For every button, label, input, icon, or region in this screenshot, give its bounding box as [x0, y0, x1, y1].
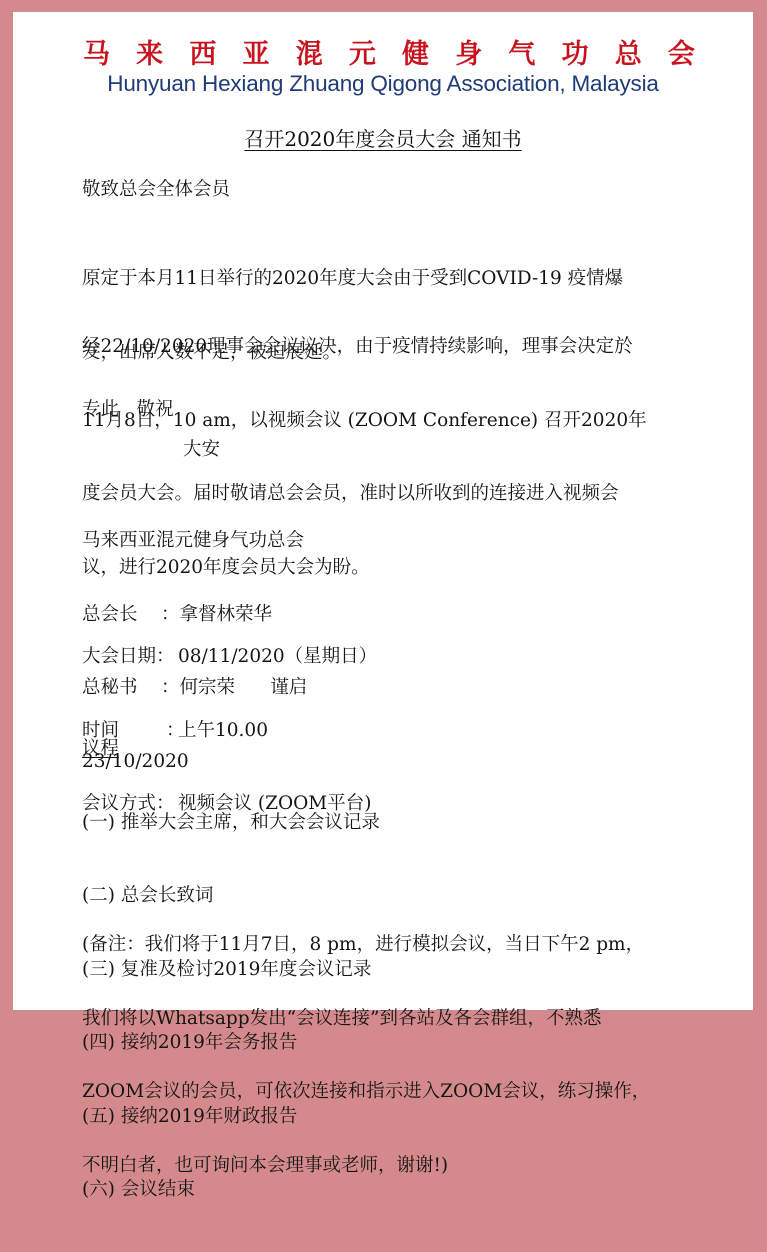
remark-line: 我们将以Whatsapp发出“会议连接”到各站及各会群组，不熟悉 [82, 1007, 702, 1025]
notice-page: 马 来 西 亚 混 元 健 身 气 功 总 会 Hunyuan Hexiang … [13, 12, 753, 1010]
notice-title-text: 召开2020年度会员大会 通知书 [244, 127, 521, 151]
org-char: 会 [668, 40, 695, 70]
closing-line: 专此 敬祝 [82, 398, 702, 423]
org-char: 来 [136, 40, 163, 70]
remark-line: (备注：我们将于11月7日，8 pm，进行模拟会议，当日下午2 pm， [82, 933, 702, 958]
org-name-english: Hunyuan Hexiang Zhuang Qigong Associatio… [13, 70, 753, 98]
org-char: 功 [562, 40, 589, 70]
agenda-item: (一) 推举大会主席，和大会会议记录 [82, 811, 702, 836]
org-name-chinese: 马 来 西 亚 混 元 健 身 气 功 总 会 [83, 40, 695, 70]
paragraph-line: 经22/10/2020理事会会议议决，由于疫情持续影响，理事会决定於 [82, 335, 702, 360]
org-char: 身 [455, 40, 482, 70]
meeting-date-value: 08/11/2020（星期日） [178, 646, 377, 667]
org-char: 马 [83, 40, 110, 70]
salutation: 敬致总会全体会员 [82, 178, 702, 203]
meeting-date-row: 大会日期：08/11/2020（星期日） [82, 645, 702, 670]
org-char: 总 [615, 40, 642, 70]
org-char: 气 [508, 40, 535, 70]
remark: (备注：我们将于11月7日，8 pm，进行模拟会议，当日下午2 pm， 我们将以… [82, 884, 702, 1024]
org-char: 元 [349, 40, 376, 70]
meeting-date-label: 大会日期： [82, 645, 178, 670]
notice-title: 召开2020年度会员大会 通知书 [13, 126, 753, 152]
signature-org: 马来西亚混元健身气功总会 [82, 529, 702, 554]
agenda-heading: 议程 [82, 737, 702, 762]
org-char: 亚 [243, 40, 270, 70]
wish-line: 大安 [183, 438, 767, 463]
org-char: 西 [189, 40, 216, 70]
org-char: 混 [296, 40, 323, 70]
org-char: 健 [402, 40, 429, 70]
